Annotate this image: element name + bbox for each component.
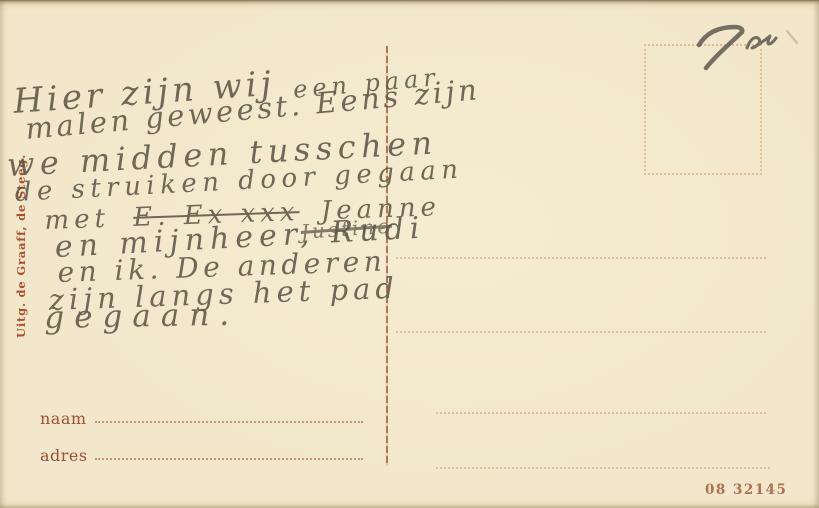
handwriting-line: gegaan. — [44, 297, 239, 336]
stamp-box — [644, 44, 762, 175]
address-rule-line — [396, 257, 766, 259]
postcard-back: Uitg. de Graaff, de Steeg. Hier zijn wij… — [0, 0, 819, 508]
address-label: adres — [40, 446, 88, 465]
pencil-tick-stroke — [787, 31, 797, 43]
address-rule-line — [396, 331, 766, 333]
address-rule-line — [436, 467, 770, 469]
name-label: naam — [40, 409, 87, 428]
name-rule-line — [95, 421, 363, 423]
address-rule-line-left — [95, 458, 363, 460]
address-rule-line — [436, 412, 766, 414]
serial-number: 08 32145 — [705, 482, 787, 498]
